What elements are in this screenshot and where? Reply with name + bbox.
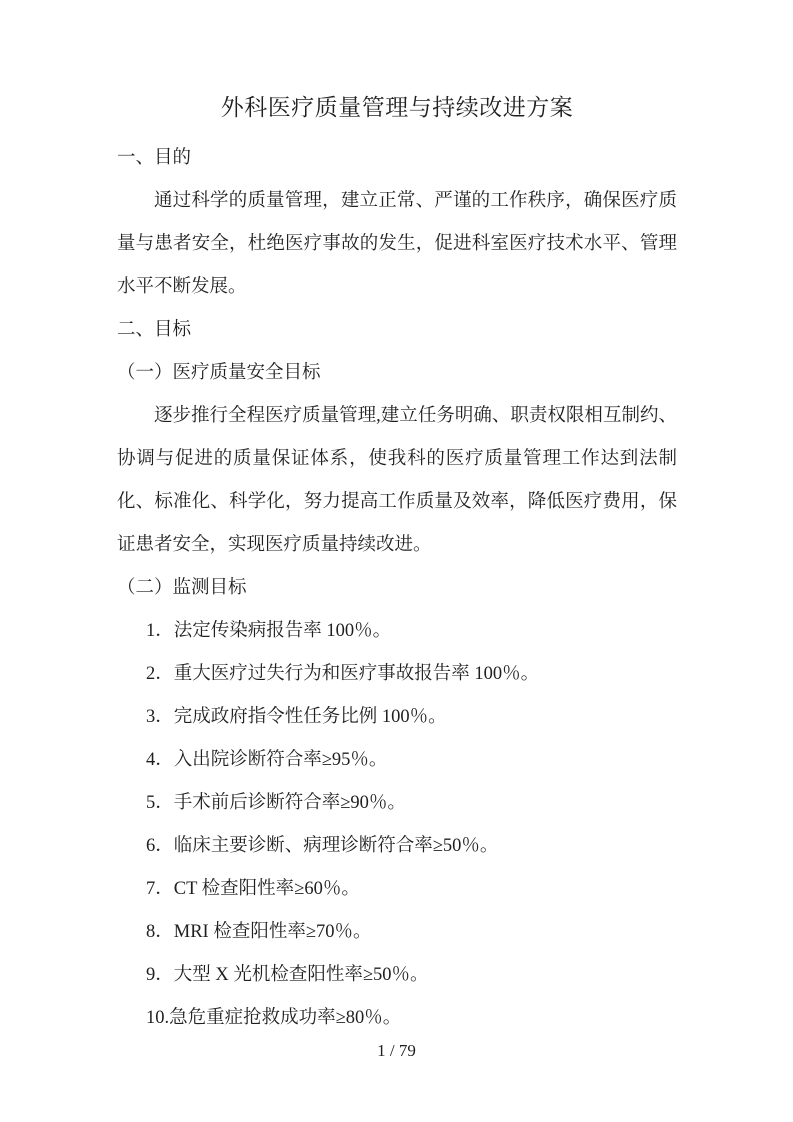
purpose-paragraph-line-2: 量与患者安全，杜绝医疗事故的发生，促进科室医疗技术水平、管理: [117, 223, 677, 266]
heading-goals: 二、目标: [117, 309, 677, 352]
quality-paragraph-line-1: 逐步推行全程医疗质量管理,建立任务明确、职责权限相互制约、: [117, 395, 677, 438]
monitoring-list-item-2: 2．重大医疗过失行为和医疗事故报告率 100％。: [117, 653, 677, 696]
monitoring-list-item-9: 9．大型 X 光机检查阳性率≥50％。: [117, 954, 677, 997]
monitoring-list-item-6: 6．临床主要诊断、病理诊断符合率≥50％。: [117, 825, 677, 868]
document-page: 外科医疗质量管理与持续改进方案 一、目的 通过科学的质量管理，建立正常、严谨的工…: [0, 0, 793, 1122]
monitoring-list-item-8: 8．MRI 检查阳性率≥70％。: [117, 911, 677, 954]
subheading-monitoring-goals: （二）监测目标: [117, 567, 677, 610]
quality-paragraph-line-2: 协调与促进的质量保证体系，使我科的医疗质量管理工作达到法制: [117, 438, 677, 481]
monitoring-list-item-1: 1．法定传染病报告率 100％。: [117, 610, 677, 653]
purpose-paragraph-line-3: 水平不断发展。: [117, 266, 677, 309]
subheading-quality-safety-goals: （一）医疗质量安全目标: [117, 352, 677, 395]
monitoring-list-item-7: 7．CT 检查阳性率≥60％。: [117, 868, 677, 911]
monitoring-list-item-3: 3．完成政府指令性任务比例 100％。: [117, 696, 677, 739]
monitoring-list-item-10: 10.急危重症抢救成功率≥80％。: [117, 997, 677, 1040]
heading-purpose: 一、目的: [117, 137, 677, 180]
document-body: 外科医疗质量管理与持续改进方案 一、目的 通过科学的质量管理，建立正常、严谨的工…: [117, 86, 677, 1040]
monitoring-list-item-5: 5．手术前后诊断符合率≥90％。: [117, 782, 677, 825]
quality-paragraph-line-4: 证患者安全，实现医疗质量持续改进。: [117, 524, 677, 567]
page-number: 1 / 79: [0, 1040, 793, 1062]
quality-paragraph-line-3: 化、标准化、科学化，努力提高工作质量及效率，降低医疗费用，保: [117, 481, 677, 524]
purpose-paragraph-line-1: 通过科学的质量管理，建立正常、严谨的工作秩序，确保医疗质: [117, 180, 677, 223]
monitoring-list-item-4: 4．入出院诊断符合率≥95％。: [117, 739, 677, 782]
document-title: 外科医疗质量管理与持续改进方案: [117, 86, 677, 129]
